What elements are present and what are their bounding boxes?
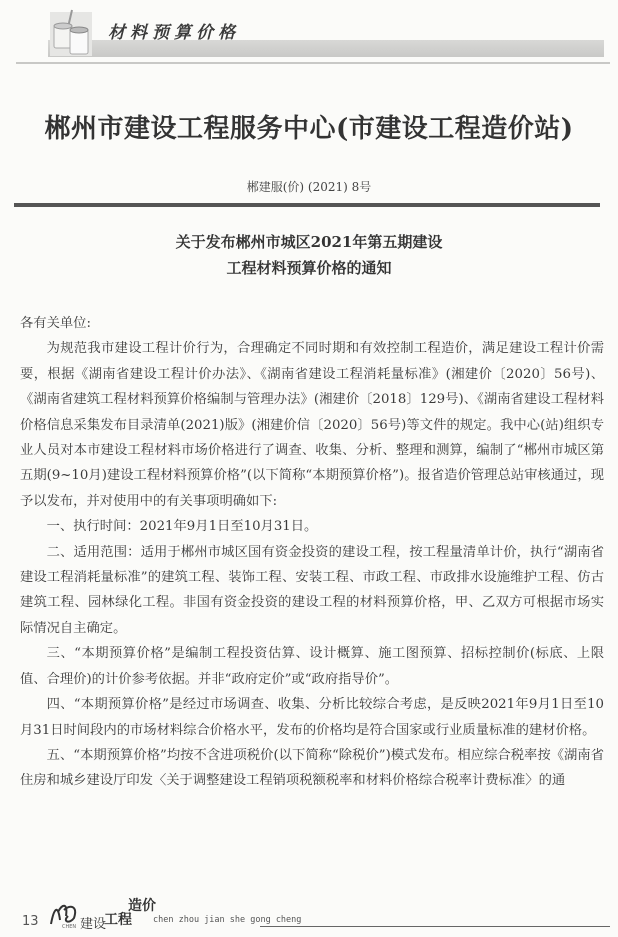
footer-brand-part3: 造价: [128, 895, 156, 915]
footer-rule: [260, 926, 610, 927]
paragraph-item-2: 二、适用范围：适用于郴州市城区国有资金投资的建设工程，按工程量清单计价，执行“湖…: [20, 540, 604, 642]
footer-pinyin: chen zhou jian she gong cheng: [153, 915, 301, 925]
section-title: 材料预算价格: [108, 18, 240, 43]
paragraph-item-4: 四、“本期预算价格”是经过市场调查、收集、分析比较综合考虑，是反映2021年9月…: [20, 692, 604, 743]
footer-brand-part1: 建设: [80, 913, 106, 932]
page-number: 13: [22, 914, 39, 929]
header-divider: [16, 62, 610, 64]
salutation: 各有关单位:: [20, 311, 604, 336]
organization-title: 郴州市建设工程服务中心(市建设工程造价站): [0, 108, 618, 145]
paint-bucket-icon: [50, 8, 94, 56]
notice-title: 关于发布郴州市城区2021年第五期建设 工程材料预算价格的通知: [0, 229, 618, 281]
magazine-footer: 13 CHEN 建设 工程 造价 chen zhou jian she gong…: [0, 895, 618, 935]
magazine-header: 材料预算价格: [0, 0, 618, 70]
chen-calligraphy-logo-icon: CHEN: [48, 898, 80, 930]
title-rule: [14, 203, 600, 207]
paragraph-item-5: 五、“本期预算价格”均按不含进项税价(以下简称“除税价”)模式发布。相应综合税率…: [20, 743, 604, 794]
paragraph-intro: 为规范我市建设工程计价行为，合理确定不同时期和有效控制工程造价，满足建设工程计价…: [20, 336, 604, 514]
paragraph-item-1: 一、执行时间：2021年9月1日至10月31日。: [20, 514, 604, 539]
notice-title-line1: 关于发布郴州市城区2021年第五期建设: [0, 229, 618, 255]
svg-text:CHEN: CHEN: [62, 924, 76, 930]
notice-title-line2: 工程材料预算价格的通知: [0, 255, 618, 281]
paragraph-item-3: 三、“本期预算价格”是编制工程投资估算、设计概算、施工图预算、招标控制价(标底、…: [20, 641, 604, 692]
document-number: 郴建服(价) (2021) 8号: [0, 178, 618, 195]
notice-body: 各有关单位: 为规范我市建设工程计价行为，合理确定不同时期和有效控制工程造价，满…: [20, 311, 604, 794]
